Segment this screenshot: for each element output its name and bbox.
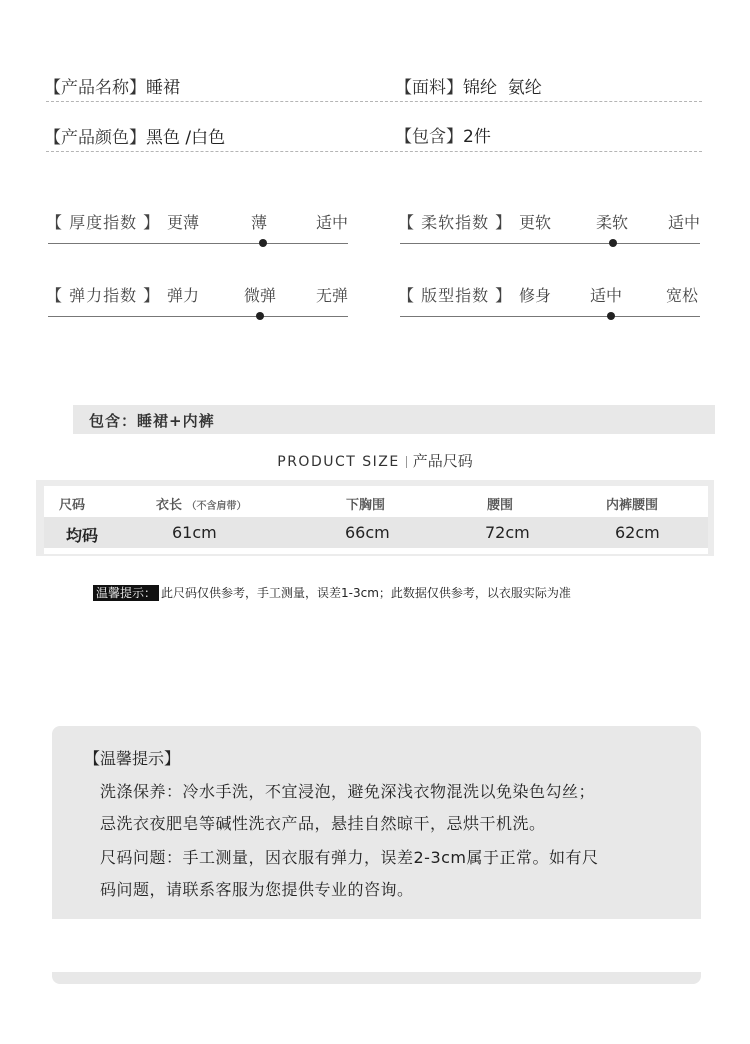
index-softness: 【 柔软指数 】 更软 柔软 适中 [398,210,700,270]
notice-text: 此尺码仅供参考，手工测量，误差1-3cm；此数据仅供参考，以衣服实际为准 [161,586,571,600]
col-header-size: 尺码 [59,494,85,513]
divider [46,101,702,102]
attr-label: 【产品名称】 [44,78,146,98]
index-label: 【 版型指数 】 [398,283,512,306]
divider [46,151,702,152]
tips-line: 码问题，请联系客服为您提供专业的咨询。 [100,877,414,900]
cell-brief-waist: 62cm [615,523,660,542]
size-table-footer [44,548,708,554]
cell-waist: 72cm [485,523,530,542]
index-option: 弹力 [167,283,199,306]
attr-label: 【产品颜色】 [44,128,146,148]
index-option: 更软 [519,210,551,233]
index-option: 适中 [668,210,700,233]
index-label: 【 厚度指数 】 [46,210,160,233]
index-marker-dot [607,312,615,320]
index-option: 微弹 [244,283,276,306]
tips-line: 洗涤保养：冷水手洗，不宜浸泡，避免深浅衣物混洗以免染色勾丝； [100,779,595,802]
attr-product-name: 【产品名称】睡裙 [44,73,180,98]
attr-fabric: 【面料】锦纶 氨纶 [395,73,542,98]
index-track [48,243,348,244]
attr-label: 【面料】 [395,78,463,98]
index-label: 【 弹力指数 】 [46,283,160,306]
size-section-title: PRODUCT SIZE产品尺码 [0,450,750,471]
index-option: 修身 [519,283,551,306]
index-option: 无弹 [316,283,348,306]
col-header-brief-waist: 内裤腰围 [606,494,658,513]
attr-label: 【包含】 [395,127,463,147]
attr-value: 睡裙 [146,78,180,98]
attr-value: 黑色 /白色 [146,128,225,148]
index-option: 柔软 [596,210,628,233]
cell-size: 均码 [66,523,98,546]
table-row: 均码 61cm 66cm 72cm 62cm [44,517,708,548]
index-option: 更薄 [167,210,199,233]
attr-includes: 【包含】2件 [395,122,491,147]
index-label: 【 柔软指数 】 [398,210,512,233]
index-option: 宽松 [666,283,698,306]
size-title-en: PRODUCT SIZE [277,454,399,470]
index-option: 薄 [251,210,267,233]
size-table-header: 尺码 衣长 （不含肩带） 下胸围 腰围 内裤腰围 [44,486,708,517]
col-header-underbust: 下胸围 [346,494,385,513]
tips-line: 尺码问题：手工测量，因衣服有弹力，误差2-3cm属于正常。如有尺 [100,845,599,868]
index-option: 适中 [316,210,348,233]
size-notice: 温馨提示：此尺码仅供参考，手工测量，误差1-3cm；此数据仅供参考，以衣服实际为… [93,584,571,601]
cell-length: 61cm [172,523,217,542]
index-track [400,316,700,317]
includes-bar: 包含：睡裙+内裤 [73,405,715,434]
index-fit: 【 版型指数 】 修身 适中 宽松 [398,283,700,343]
index-option: 适中 [590,283,622,306]
index-elasticity: 【 弹力指数 】 弹力 微弹 无弹 [46,283,348,343]
tips-title: 【温馨提示】 [84,746,180,769]
col-header-note: （不含肩带） [187,501,247,512]
index-marker-dot [609,239,617,247]
attr-product-color: 【产品颜色】黑色 /白色 [44,123,225,148]
title-separator [406,456,407,468]
attr-value: 锦纶 氨纶 [463,78,542,98]
index-marker-dot [256,312,264,320]
tips-line: 忌洗衣夜肥皂等碱性洗衣产品，悬挂自然晾干，忌烘干机洗。 [100,811,546,834]
index-track [400,243,700,244]
bottom-decor-strip [52,972,701,984]
index-thickness: 【 厚度指数 】 更薄 薄 适中 [46,210,348,270]
includes-text: 包含：睡裙+内裤 [89,410,215,431]
size-title-cn: 产品尺码 [413,452,473,470]
col-header-waist: 腰围 [487,494,513,513]
index-marker-dot [259,239,267,247]
notice-tag: 温馨提示： [93,585,159,601]
col-header-length: 衣长 （不含肩带） [156,494,247,513]
attr-value: 2件 [463,127,491,147]
index-track [48,316,348,317]
cell-underbust: 66cm [345,523,390,542]
